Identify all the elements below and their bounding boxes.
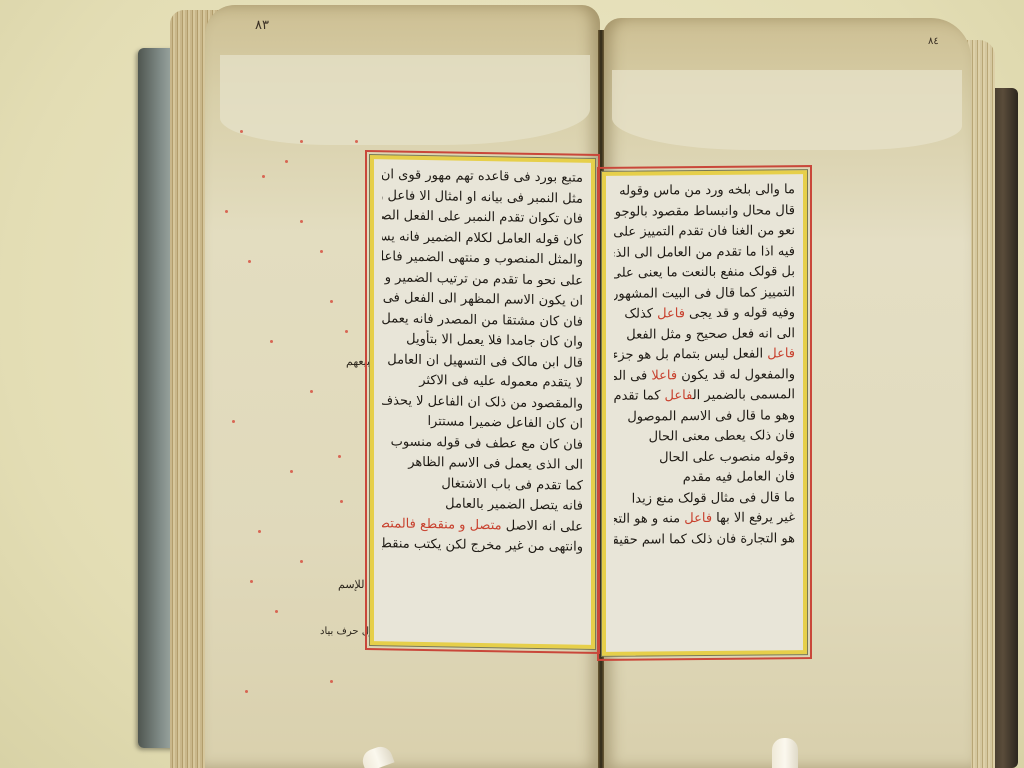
rubric: فاعل [657, 306, 685, 321]
manuscript-line: التمییز کما قال فی البیت المشهور [614, 283, 795, 305]
manuscript-line: بل قولک منفع بالنعت ما یعنی علی نحو [614, 262, 795, 284]
text-panel-left: متبع بورد فی قاعده تهم مهور قوی ان النمب… [365, 150, 600, 654]
manuscript-line: وقوله منصوب علی الحال [614, 447, 795, 469]
manuscript-line: متبع بورد فی قاعده تهم مهور قوی ان النمب… [382, 165, 583, 189]
rubric: فاعل [767, 346, 795, 361]
text-block-left: متبع بورد فی قاعده تهم مهور قوی ان النمب… [370, 155, 595, 649]
manuscript-line: قال ابن مالک فی التسهیل ان العامل المعنو… [382, 350, 583, 374]
manuscript-line: ما والی بلخه ورد من ماس وقوله عرض جل بو … [614, 180, 795, 202]
rubric: فاعل [684, 511, 712, 526]
manuscript-line: فاعل الفعل لیس بتمام بل هو جزء [614, 344, 795, 366]
manuscript-line: ان یکون الاسم المظهر الی الفعل فی مثل قو… [382, 288, 583, 312]
manuscript-line: هو التجارة فان ذلک کما اسم حقیقه والمجاز [614, 529, 795, 551]
page-clip-right [772, 738, 798, 768]
manuscript-line: فان ذلک یعطی معنی الحال [614, 426, 795, 448]
margin-note: للإسم [338, 578, 364, 591]
manuscript-line: والمفعول له قد یکون فاعلا فی المعنی [614, 365, 795, 387]
manuscript-line: قال محال وانبساط مقصود بالوجود کما یجعل … [614, 201, 795, 223]
folio-number-left: ٨٣ [255, 18, 269, 33]
manuscript-line: فیه اذا ما تقدم من العامل الی الذی قوله [614, 242, 795, 264]
text-block-right: ما والی بلخه ورد من ماس وقوله عرض جل بو … [602, 170, 807, 656]
water-stain-right [612, 70, 962, 150]
manuscript-line: غیر یرفع الا بها فاعل منه و هو التجارة ف… [614, 508, 795, 530]
manuscript-line: نعو من الغنا فان تقدم التمییز علی عامله … [614, 221, 795, 243]
manuscript-line: الی انه فعل صحیح و مثل الفعل [614, 324, 795, 346]
manuscript-line: والمثل المنصوب و منتهی الضمیر فاعل الرقم [382, 247, 583, 271]
text-panel-right: ما والی بلخه ورد من ماس وقوله عرض جل بو … [597, 165, 812, 661]
manuscript-line: وهو ما قال فی الاسم الموصول [614, 406, 795, 428]
water-stain-left [220, 55, 590, 145]
manuscript-line: وانتهی من غیر مخرج لکن یکتب منقطع مستعد … [382, 534, 583, 558]
manuscript-line: الی الذی یعمل فی الاسم الظاهر [382, 452, 583, 476]
folio-number-right: ٨٤ [928, 36, 939, 47]
manuscript-line: فان تکوان تقدم النمبر علی الفعل الصحیح و… [382, 206, 583, 230]
rubric: متصل و منقطع فالمتصل هو مخرج [382, 515, 502, 533]
manuscript-line: المسمی بالضمیر الفاعل کما تقدم [614, 385, 795, 407]
rubric: فاعل [651, 368, 677, 383]
manuscript-line: وفیه قوله و قد یجی فاعل کذلک [614, 303, 795, 325]
rubric: فاعل [665, 388, 693, 403]
manuscript-line: والمقصود من ذلک ان الفاعل لا یحذف [382, 391, 583, 415]
manuscript-line: ما قال فی مثال قولک منع زیدا [614, 488, 795, 510]
manuscript-line: وان کان جامدا فلا یعمل الا بتأویل [382, 329, 583, 353]
manuscript-line: فان العامل فیه مقدم [614, 467, 795, 489]
